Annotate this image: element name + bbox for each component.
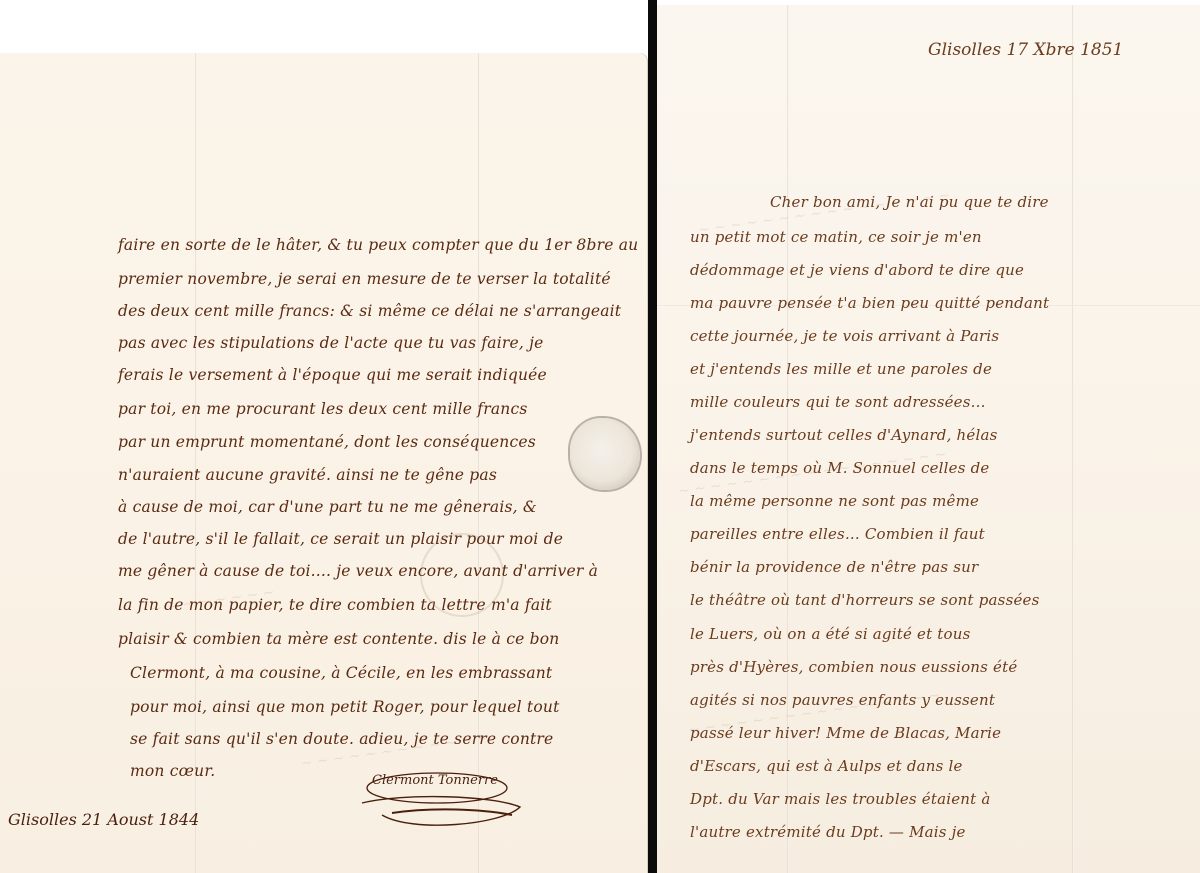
letter-line: bénir la providence de n'être pas sur (690, 558, 978, 576)
signature: Clermont Tonnerre (352, 763, 527, 843)
letter-line: et j'entends les mille et une paroles de (690, 360, 992, 378)
signature-text: Clermont Tonnerre (372, 773, 498, 788)
letter-line: un petit mot ce matin, ce soir je m'en (690, 228, 982, 246)
letter-line: par un emprunt momentané, dont les consé… (118, 433, 536, 451)
letter-line: pour moi, ainsi que mon petit Roger, pou… (130, 698, 560, 716)
letter-line: n'auraient aucune gravité. ainsi ne te g… (118, 466, 497, 484)
letter-line: par toi, en me procurant les deux cent m… (118, 400, 528, 418)
letter-line: ferais le versement à l'époque qui me se… (118, 366, 547, 384)
letter-line: faire en sorte de le hâter, & tu peux co… (118, 236, 638, 254)
letter-line: ma pauvre pensée t'a bien peu quitté pen… (690, 294, 1049, 312)
letter-line: Cher bon ami, Je n'ai pu que te dire (770, 193, 1049, 211)
letter-line: dédommage et je viens d'abord te dire qu… (690, 261, 1024, 279)
letter-line: dans le temps où M. Sonnuel celles de (690, 459, 990, 477)
letter-line: le Luers, où on a été si agité et tous (690, 625, 971, 643)
letter-line: se fait sans qu'il s'en doute. adieu, je… (130, 730, 553, 748)
dateline: Glisolles 21 Aoust 1844 (8, 810, 199, 829)
letter-line: la même personne ne sont pas même (690, 492, 979, 510)
letter-line: pas avec les stipulations de l'acte que … (118, 334, 544, 352)
letter-line: l'autre extrémité du Dpt. — Mais je (690, 823, 966, 841)
letter-line: pareilles entre elles... Combien il faut (690, 525, 985, 543)
dateline: Glisolles 17 Xbre 1851 (928, 40, 1123, 60)
letter-line: près d'Hyères, combien nous eussions été (690, 658, 1017, 676)
letter-line: me gêner à cause de toi.... je veux enco… (118, 562, 598, 580)
letter-line: la fin de mon papier, te dire combien ta… (118, 596, 552, 614)
letter-line: cette journée, je te vois arrivant à Par… (690, 327, 999, 345)
letter-line: j'entends surtout celles d'Aynard, hélas (690, 426, 998, 444)
letter-left-page: ~ ~ ~ ~ ~ ~ ~ ~ ~ ~ ~ ~ ~ ~ ~ ~ ~ ~ ~ ~ (0, 53, 648, 873)
wax-seal (570, 418, 640, 490)
letter-line: premier novembre, je serai en mesure de … (118, 270, 611, 288)
letter-line: d'Escars, qui est à Aulps et dans le (690, 757, 963, 775)
paper-fold (478, 53, 480, 873)
letter-line: Dpt. du Var mais les troubles étaient à (690, 790, 990, 808)
letter-line: passé leur hiver! Mme de Blacas, Marie (690, 724, 1001, 742)
page-divider (648, 0, 657, 873)
letter-line: de l'autre, s'il le fallait, ce serait u… (118, 530, 563, 548)
letter-line: des deux cent mille francs: & si même ce… (118, 302, 621, 320)
letter-line: Clermont, à ma cousine, à Cécile, en les… (130, 664, 552, 682)
letter-line: plaisir & combien ta mère est contente. … (118, 630, 559, 648)
letter-line: à cause de moi, car d'une part tu ne me … (118, 498, 537, 516)
letter-line: mon cœur. (130, 762, 215, 780)
letter-line: mille couleurs qui te sont adressées... (690, 393, 986, 411)
paper-fold (195, 53, 197, 873)
letter-line: le théâtre où tant d'horreurs se sont pa… (690, 591, 1040, 609)
paper-fold (1072, 5, 1074, 873)
letter-line: agités si nos pauvres enfants y eussent (690, 691, 995, 709)
